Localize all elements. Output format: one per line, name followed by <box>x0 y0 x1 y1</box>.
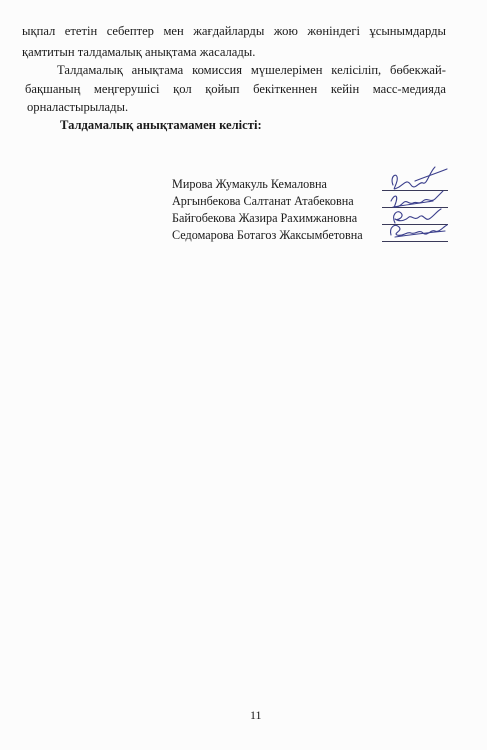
word: меңгерушісі <box>94 82 160 96</box>
signatory-name-1: Мирова Жумакуль Кемаловна <box>172 177 327 191</box>
word: анықтама <box>132 63 184 77</box>
signatory-name-3: Байгобекова Жазира Рахимжановна <box>172 211 357 225</box>
signatory-name-4: Седомарова Ботагоз Жаксымбетовна <box>172 228 363 242</box>
word: ықпал <box>22 24 55 38</box>
word: ұсынымдарды <box>369 24 446 38</box>
word: жөніндегі <box>307 24 360 38</box>
paragraph-2-line-2: бақшаның меңгерушісі қол қойып бекіткенн… <box>25 82 446 96</box>
document-page: ықпал ететін себептер мен жағдайларды жо… <box>0 0 487 750</box>
paragraph-1-line-2: қамтитын талдамалық анықтама жасалады. <box>22 45 255 59</box>
word: жою <box>274 24 298 38</box>
word: жағдайларды <box>193 24 264 38</box>
word: келісіліп, <box>331 63 381 77</box>
word: Талдамалық <box>57 63 123 77</box>
word: мен <box>163 24 183 38</box>
word: себептер <box>107 24 154 38</box>
word: қойып <box>205 82 239 96</box>
agreement-heading: Талдамалық анықтамамен келісті: <box>60 118 262 132</box>
word: бөбекжай- <box>390 63 446 77</box>
word: бақшаның <box>25 82 80 96</box>
word: мүшелерімен <box>251 63 323 77</box>
word: масс-медияда <box>373 82 446 96</box>
signature-line-4 <box>382 241 448 242</box>
word: бекіткеннен <box>253 82 317 96</box>
page-number: 11 <box>250 708 262 723</box>
paragraph-2-line-3: орналастырылады. <box>27 100 128 114</box>
word: қол <box>173 82 192 96</box>
handwritten-signatures-icon <box>385 163 455 241</box>
word: кейін <box>331 82 359 96</box>
signatory-name-2: Аргынбекова Салтанат Атабековна <box>172 194 354 208</box>
word: ететін <box>65 24 97 38</box>
paragraph-1-line-1: ықпал ететін себептер мен жағдайларды жо… <box>22 24 446 38</box>
paragraph-2-line-1: Талдамалық анықтама комиссия мүшелерімен… <box>57 63 446 77</box>
word: комиссия <box>192 63 242 77</box>
